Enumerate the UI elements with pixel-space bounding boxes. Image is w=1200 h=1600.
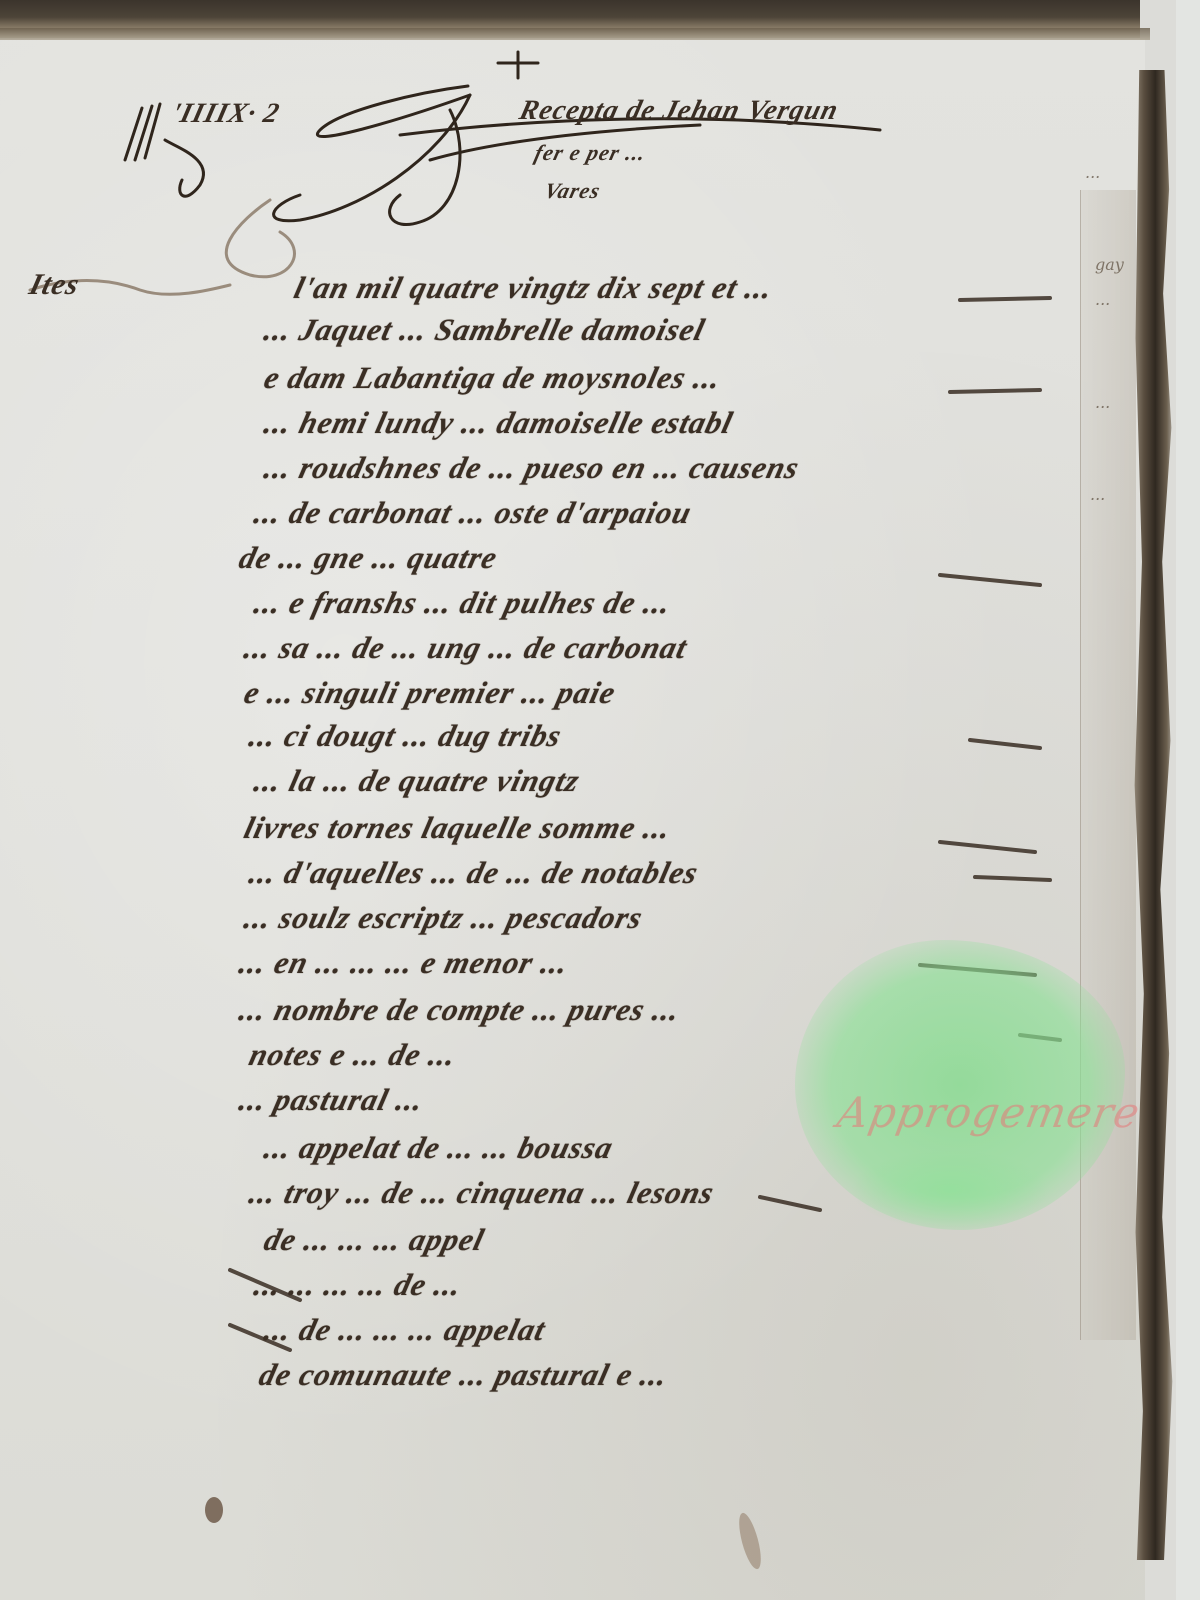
- ink-blot: [205, 1497, 223, 1523]
- right-margin-note: ...: [1085, 163, 1100, 182]
- watermark-text: Approgemere: [834, 1088, 1144, 1137]
- right-margin-note: ...: [1090, 485, 1105, 504]
- right-margin-note: ...: [1095, 393, 1110, 412]
- right-margin-note: gay: [1095, 255, 1124, 274]
- right-margin-note: ...: [1095, 290, 1110, 309]
- watermark-stain: [850, 1150, 1050, 1230]
- line-filler-strokes-icon: [0, 0, 1200, 1600]
